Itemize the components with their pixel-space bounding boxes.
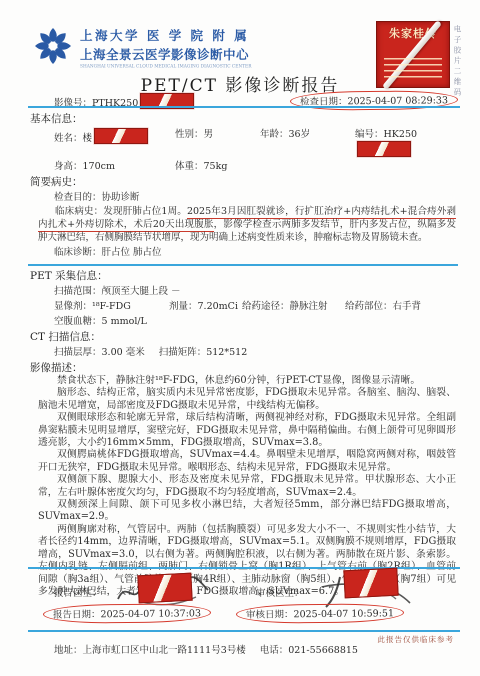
report-date-circle-annotation: 报告日期：2025-04-07 10:37:03	[43, 603, 211, 624]
review-date-value: 2025-04-07 10:59:51	[293, 608, 394, 620]
section-pet-info: PET 采集信息：	[30, 270, 456, 283]
hospital-logo-icon	[33, 26, 73, 66]
dose-label: 剂量：	[169, 301, 198, 312]
glucose-value: 5 mmol/L	[102, 316, 147, 327]
thickness-value: 3.00 毫米	[102, 347, 145, 358]
height-label: 身高：	[54, 161, 83, 172]
matrix-label: 扫描矩阵：	[159, 347, 207, 358]
dose-value: 7.20mCi	[198, 301, 238, 312]
divider-header	[28, 106, 460, 108]
basic-info-row1: 姓名：楼 性别：男 年龄：36岁 编号：HK250	[54, 128, 456, 158]
patient-height: 身高：170cm	[54, 160, 175, 173]
exam-purpose: 检查目的：协助诊断	[54, 191, 456, 204]
finding-paragraph: 双侧腭扁桃体FDG摄取增高，SUVmax=4.4。鼻咽壁未见增厚，咽隐窝两侧对称…	[38, 449, 456, 474]
ct-params: 扫描层厚：3.00 毫米扫描矩阵：512*512	[54, 346, 456, 359]
gender-label: 性别：	[175, 129, 204, 140]
privacy-sticker-name	[94, 128, 148, 144]
range-value: 颅顶至大腿上段 －	[102, 286, 181, 297]
name-value: 楼	[83, 133, 93, 144]
clinical-history: 临床病史：发现肝肺占位1周。2025年3月因肛裂就诊，行扩肛治疗+内痔结扎术+混…	[38, 205, 456, 244]
phone-label: 电话：	[260, 645, 289, 656]
tracer-row: 显像剂：¹⁸F-FDG 剂量：7.20mCi 给药途径：静脉注射 给药部位：右手…	[54, 300, 456, 313]
finding-paragraph: 双侧颈深上间隙、颌下可见多枚小淋巴结，大者短径5mm，部分淋巴结FDG摄取增高，…	[38, 499, 456, 524]
privacy-sticker-review-signature	[343, 568, 398, 599]
phone-value: 021-55668815	[288, 645, 358, 656]
header-org: 上海大学 医 学 院 附 属 上海全景云医学影像诊断中心 SHANGHAI UN…	[33, 26, 318, 71]
height-value: 170cm	[83, 161, 115, 172]
route-label: 给药途径：	[242, 301, 290, 312]
site-value: 右手背	[393, 301, 422, 312]
fasting-glucose: 空腹血糖：5 mmol/L	[54, 315, 456, 328]
divider-footer	[28, 630, 460, 632]
glucose-label: 空腹血糖：	[54, 316, 102, 327]
tracer-value: ¹⁸F-FDG	[92, 301, 131, 312]
site-label: 给药部位：	[345, 301, 393, 312]
review-date-circle-annotation: 审核日期：2025-04-07 10:59:51	[236, 603, 404, 624]
finding-paragraph: 双侧眼球形态和轮廓无异常，球后结构清晰，两侧视神经对称，FDG摄取未见异常。全组…	[38, 412, 456, 449]
injection-route: 给药途径：静脉注射	[242, 300, 345, 313]
range-label: 扫描范围：	[54, 286, 102, 297]
route-value: 静脉注射	[290, 301, 328, 312]
tracer-label: 显像剂：	[54, 301, 92, 312]
slice-thickness: 扫描层厚：3.00 毫米	[54, 347, 145, 358]
report-date-label: 报告日期：	[53, 609, 101, 620]
privacy-sticker-report-signature	[137, 573, 192, 604]
id-label: 编号：	[355, 129, 384, 140]
age-label: 年龄：	[260, 129, 289, 140]
clinical-history-text: 发现肝肺占位1周。	[103, 206, 187, 217]
matrix-value: 512*512	[206, 347, 247, 358]
patient-id: 编号：HK250	[355, 128, 456, 158]
review-doctor-label: 审核医生：	[256, 585, 304, 599]
diagnosis-label: 临床诊断：	[54, 247, 102, 258]
divider-pet	[28, 264, 458, 266]
name-label: 姓名：	[54, 133, 83, 144]
report-doctor-label: 报告医生：	[54, 585, 102, 599]
section-basic-info: 基本信息：	[30, 113, 456, 126]
section-ct-info: CT 扫描信息：	[30, 331, 456, 344]
clinical-diagnosis: 临床诊断：肝占位 肺占位	[54, 246, 456, 259]
patient-gender: 性别：男	[175, 128, 260, 158]
injection-site: 给药部位：右手背	[345, 300, 456, 313]
patient-weight: 体重：75kg	[175, 160, 260, 173]
address-row: 地址：上海市虹口区中山北一路1111号3号楼电话：021-55668815	[54, 642, 458, 656]
org-name-line2: 上海全景云医学影像诊断中心	[80, 45, 318, 63]
thickness-label: 扫描层厚：	[54, 347, 102, 358]
dose: 剂量：7.20mCi	[169, 300, 242, 313]
purpose-label: 检查目的：	[54, 192, 102, 203]
org-name-english: SHANGHAI UNIVERSAL CLOUD MEDICAL IMAGING…	[80, 64, 251, 69]
review-date-label: 审核日期：	[246, 609, 294, 620]
address-value: 上海市虹口区中山北一路1111号3号楼	[83, 645, 246, 656]
gender-value: 男	[204, 129, 214, 140]
finding-paragraph: 禁食状态下，静脉注射¹⁸F-FDG，休息约60分钟，行PET-CT显像，图像显示…	[38, 375, 456, 387]
finding-paragraph: 双侧颌下腺、腮腺大小、形态及密度未见异常，FDG摄取未见异常。甲状腺形态、大小正…	[38, 474, 456, 499]
finding-paragraph: 脑形态、结构正常，脑实质内未见异常密度影，FDG摄取未见异常。各脑室、脑沟、脑裂…	[38, 387, 456, 412]
weight-value: 75kg	[204, 161, 228, 172]
basic-info-row2: 身高：170cm 体重：75kg	[54, 160, 456, 173]
patient-age: 年龄：36岁	[260, 128, 355, 158]
section-findings: 影像描述：	[30, 362, 456, 375]
privacy-sticker-id	[357, 141, 411, 157]
scan-matrix: 扫描矩阵：512*512	[159, 347, 248, 358]
address: 地址：上海市虹口区中山北一路1111号3号楼	[54, 645, 246, 656]
purpose-value: 协助诊断	[102, 192, 140, 203]
patient-name: 姓名：楼	[54, 128, 175, 158]
address-label: 地址：	[54, 645, 83, 656]
weight-label: 体重：	[175, 161, 204, 172]
tracer: 显像剂：¹⁸F-FDG	[54, 300, 169, 313]
org-name-line1: 上海大学 医 学 院 附 属	[80, 26, 318, 44]
section-history: 简要病史：	[30, 176, 456, 189]
scan-range: 扫描范围：颅顶至大腿上段 －	[54, 285, 456, 298]
clinical-history-label: 临床病史：	[55, 206, 103, 217]
age-value: 36岁	[289, 129, 311, 140]
id-value: HK250	[384, 129, 418, 140]
findings-text: 禁食状态下，静脉注射¹⁸F-FDG，休息约60分钟，行PET-CT显像，图像显示…	[30, 375, 456, 598]
phone: 电话：021-55668815	[260, 645, 358, 656]
petct-report-page: 上海大学 医 学 院 附 属 上海全景云医学影像诊断中心 SHANGHAI UN…	[0, 0, 480, 676]
report-body: 基本信息： 姓名：楼 性别：男 年龄：36岁 编号：HK250 身高：170cm…	[30, 110, 456, 598]
report-date-value: 2025-04-07 10:37:03	[100, 608, 201, 620]
diagnosis-value: 肝占位 肺占位	[102, 247, 162, 258]
